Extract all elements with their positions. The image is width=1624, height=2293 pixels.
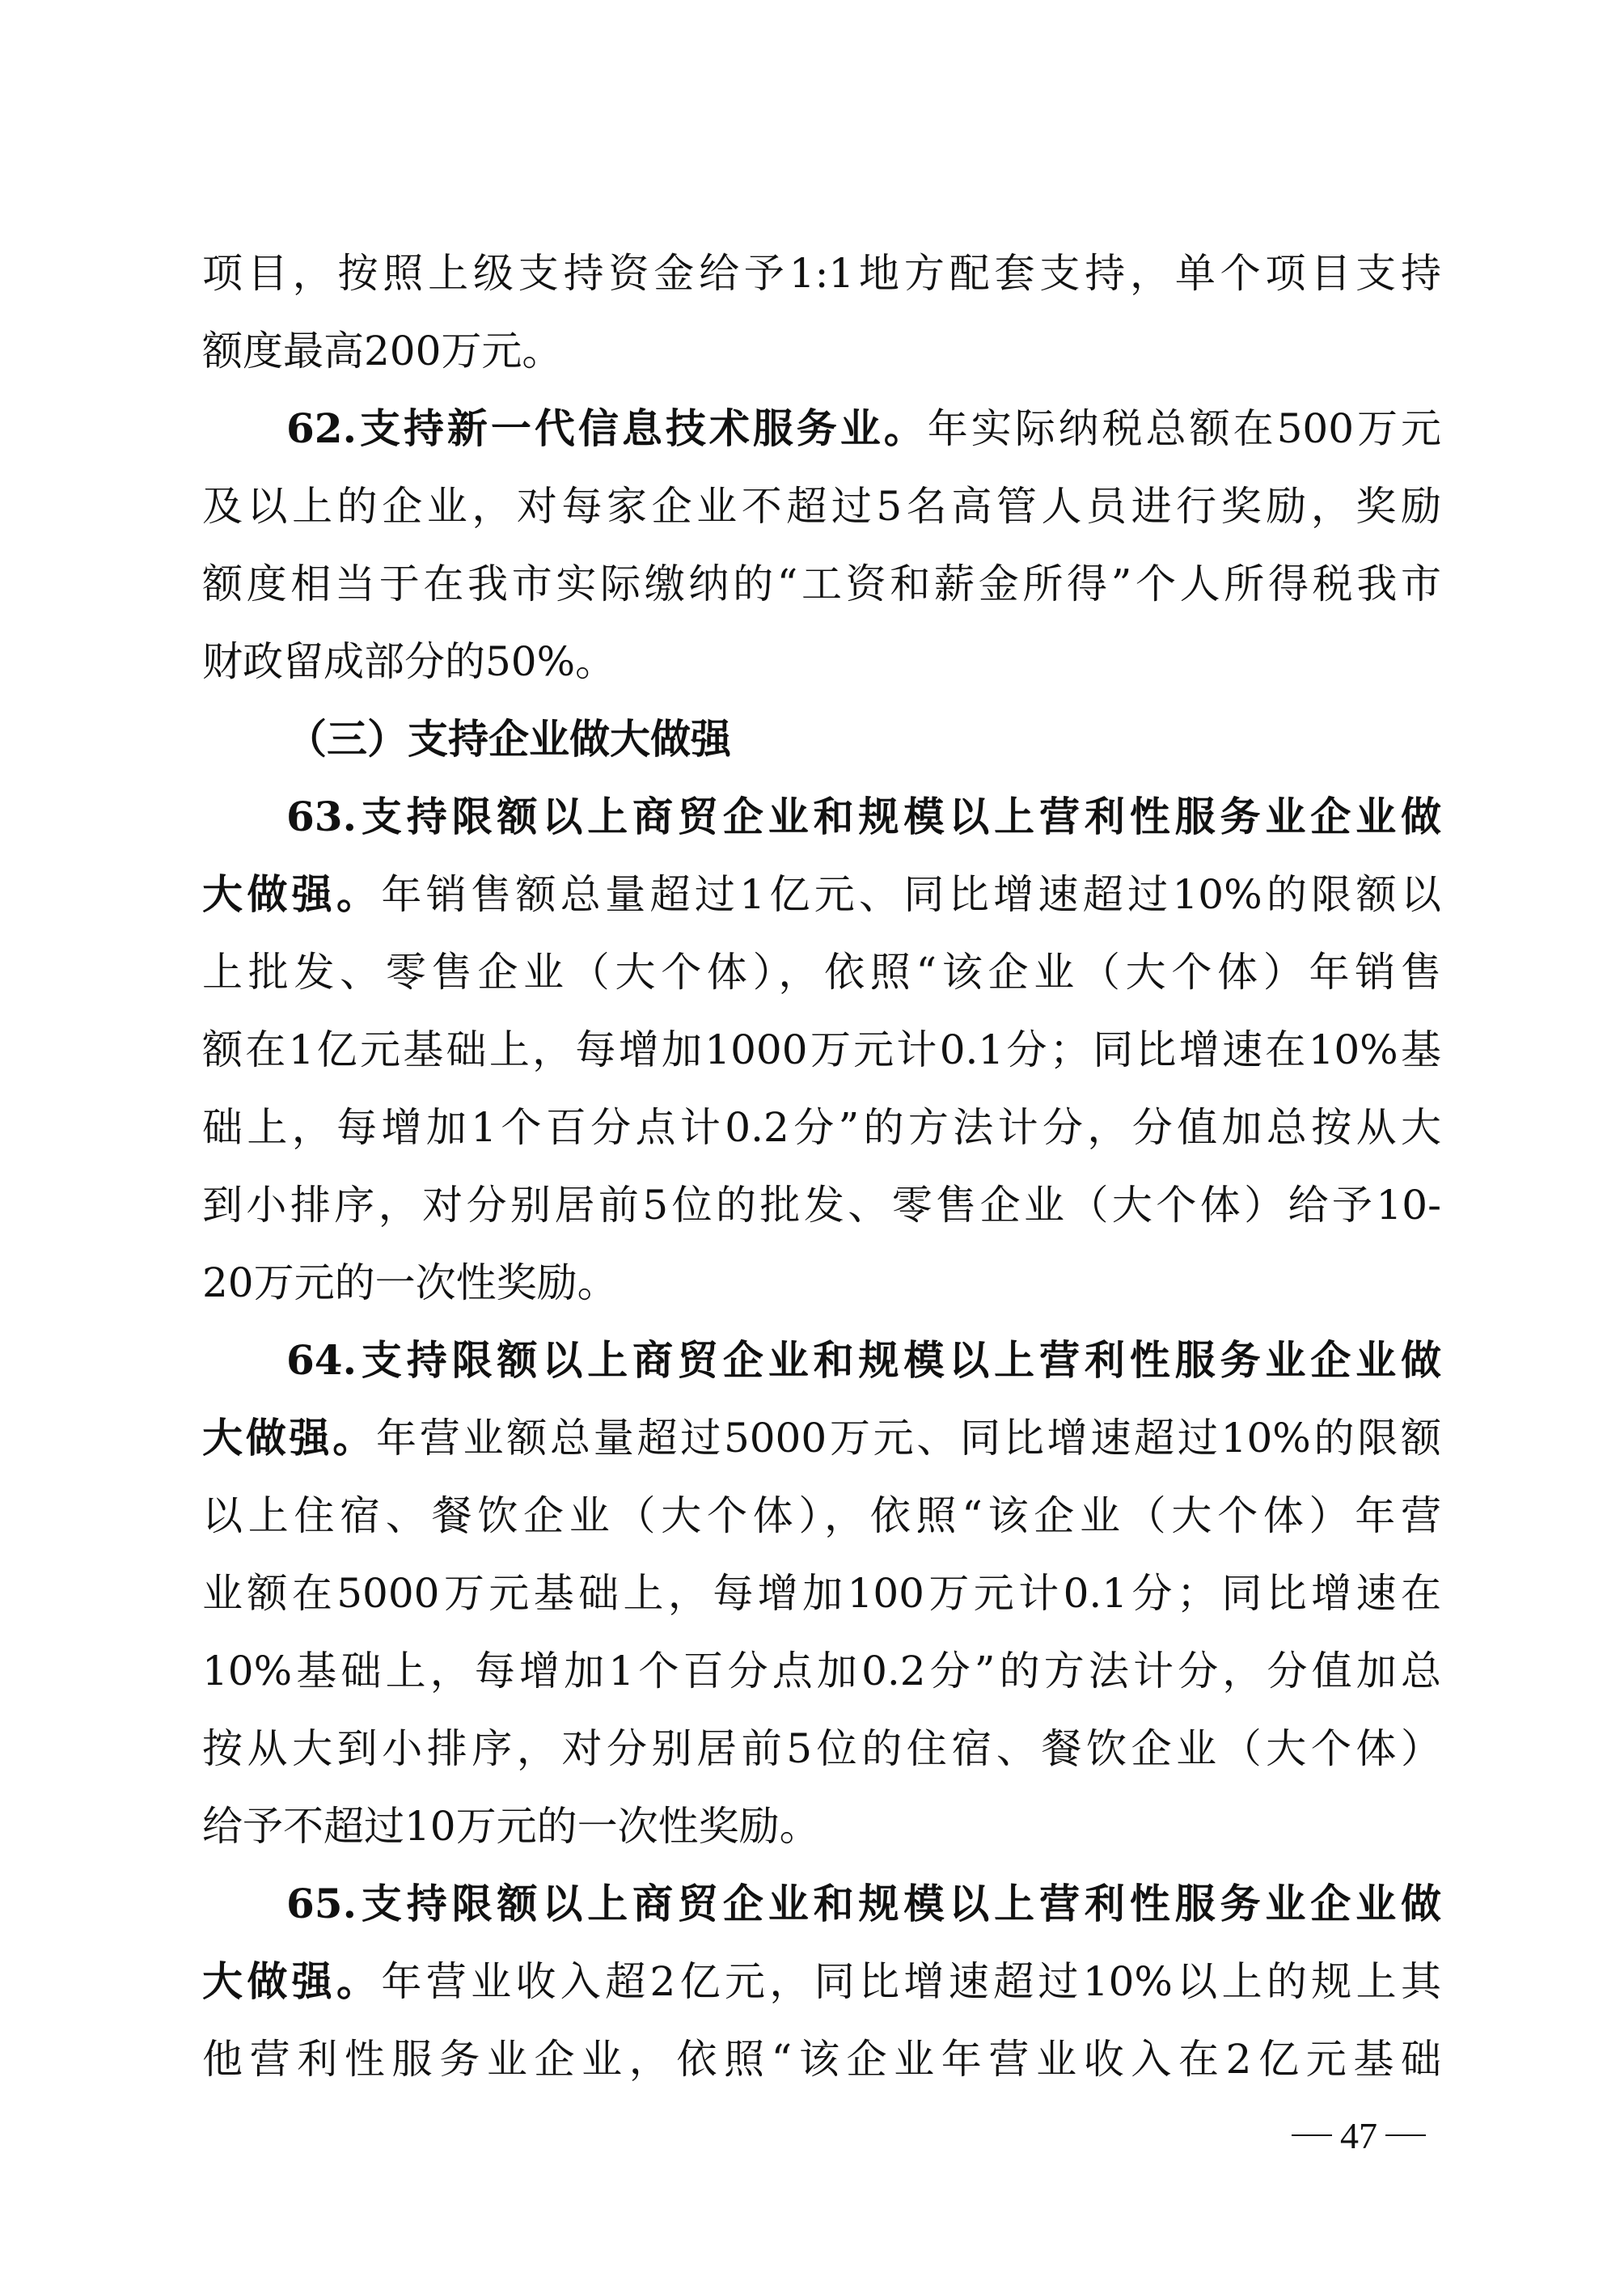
item-62-title: 62.支持新一代信息技术服务业。 xyxy=(286,404,928,452)
text-line: 础上，每增加1个百分点计0.2分”的方法计分，分值加总按从大 xyxy=(202,1089,1441,1166)
item-62-text: 年实际纳税总额在500万元 xyxy=(928,405,1441,452)
item-65-second-line: 大做强。年营业收入超2亿元，同比增速超过10%以上的规上其 xyxy=(202,1943,1441,2020)
text-line: 项目，按照上级支持资金给予1:1地方配套支持，单个项目支持 xyxy=(202,235,1441,312)
item-65-title: 65.支持限额以上商贸企业和规模以上营利性服务业企业做 xyxy=(202,1865,1441,1943)
page-number-footer: 47 xyxy=(1278,2111,1440,2160)
text-line: 他营利性服务业企业，依照“该企业年营业收入在2亿元基础 xyxy=(202,2020,1441,2098)
text-line: 以上住宿、餐饮企业（大个体），依照“该企业（大个体）年营 xyxy=(202,1477,1441,1555)
section-heading: （三）支持企业做大做强 xyxy=(202,700,1441,778)
text-line: 额度最高200万元。 xyxy=(202,312,1441,390)
item-64-title: 64.支持限额以上商贸企业和规模以上营利性服务业企业做 xyxy=(202,1322,1441,1399)
text-line: 给予不超过10万元的一次性奖励。 xyxy=(202,1787,1441,1865)
item-63-second-line: 大做强。年销售额总量超过1亿元、同比增速超过10%的限额以 xyxy=(202,856,1441,933)
item-63-text: 年销售额总量超过1亿元、同比增速超过10%的限额以 xyxy=(381,871,1441,918)
item-63-title: 63.支持限额以上商贸企业和规模以上营利性服务业企业做 xyxy=(202,778,1441,856)
item-62-first-line: 62.支持新一代信息技术服务业。年实际纳税总额在500万元 xyxy=(202,390,1441,467)
item-63-title-end: 大做强。 xyxy=(202,870,381,918)
text-line: 业额在5000万元基础上，每增加100万元计0.1分；同比增速在 xyxy=(202,1555,1441,1632)
dash-right xyxy=(1385,2134,1426,2136)
page-number: 47 xyxy=(1340,2114,1377,2157)
text-line: 按从大到小排序，对分别居前5位的住宿、餐饮企业（大个体） xyxy=(202,1710,1441,1787)
item-64-text: 年营业额总量超过5000万元、同比增速超过10%的限额 xyxy=(376,1415,1441,1462)
item-65-text: 年营业收入超2亿元，同比增速超过10%以上的规上其 xyxy=(381,1958,1441,2005)
text-line: 财政留成部分的50%。 xyxy=(202,623,1441,700)
text-line: 及以上的企业，对每家企业不超过5名高管人员进行奖励，奖励 xyxy=(202,467,1441,545)
text-line: 到小排序，对分别居前5位的批发、零售企业（大个体）给予10- xyxy=(202,1166,1441,1244)
item-65-title-end: 大做强。 xyxy=(202,1957,381,2005)
text-line: 上批发、零售企业（大个体），依照“该企业（大个体）年销售 xyxy=(202,933,1441,1011)
text-line: 额度相当于在我市实际缴纳的“工资和薪金所得”个人所得税我市 xyxy=(202,545,1441,623)
document-page: 项目，按照上级支持资金给予1:1地方配套支持，单个项目支持 额度最高200万元。… xyxy=(202,235,1441,2098)
item-64-second-line: 大做强。年营业额总量超过5000万元、同比增速超过10%的限额 xyxy=(202,1399,1441,1477)
item-64-title-end: 大做强。 xyxy=(202,1414,376,1462)
text-line: 20万元的一次性奖励。 xyxy=(202,1244,1441,1322)
dash-left xyxy=(1292,2134,1332,2136)
text-line: 额在1亿元基础上，每增加1000万元计0.1分；同比增速在10%基 xyxy=(202,1011,1441,1089)
text-line: 10%基础上，每增加1个百分点加0.2分”的方法计分，分值加总 xyxy=(202,1632,1441,1710)
